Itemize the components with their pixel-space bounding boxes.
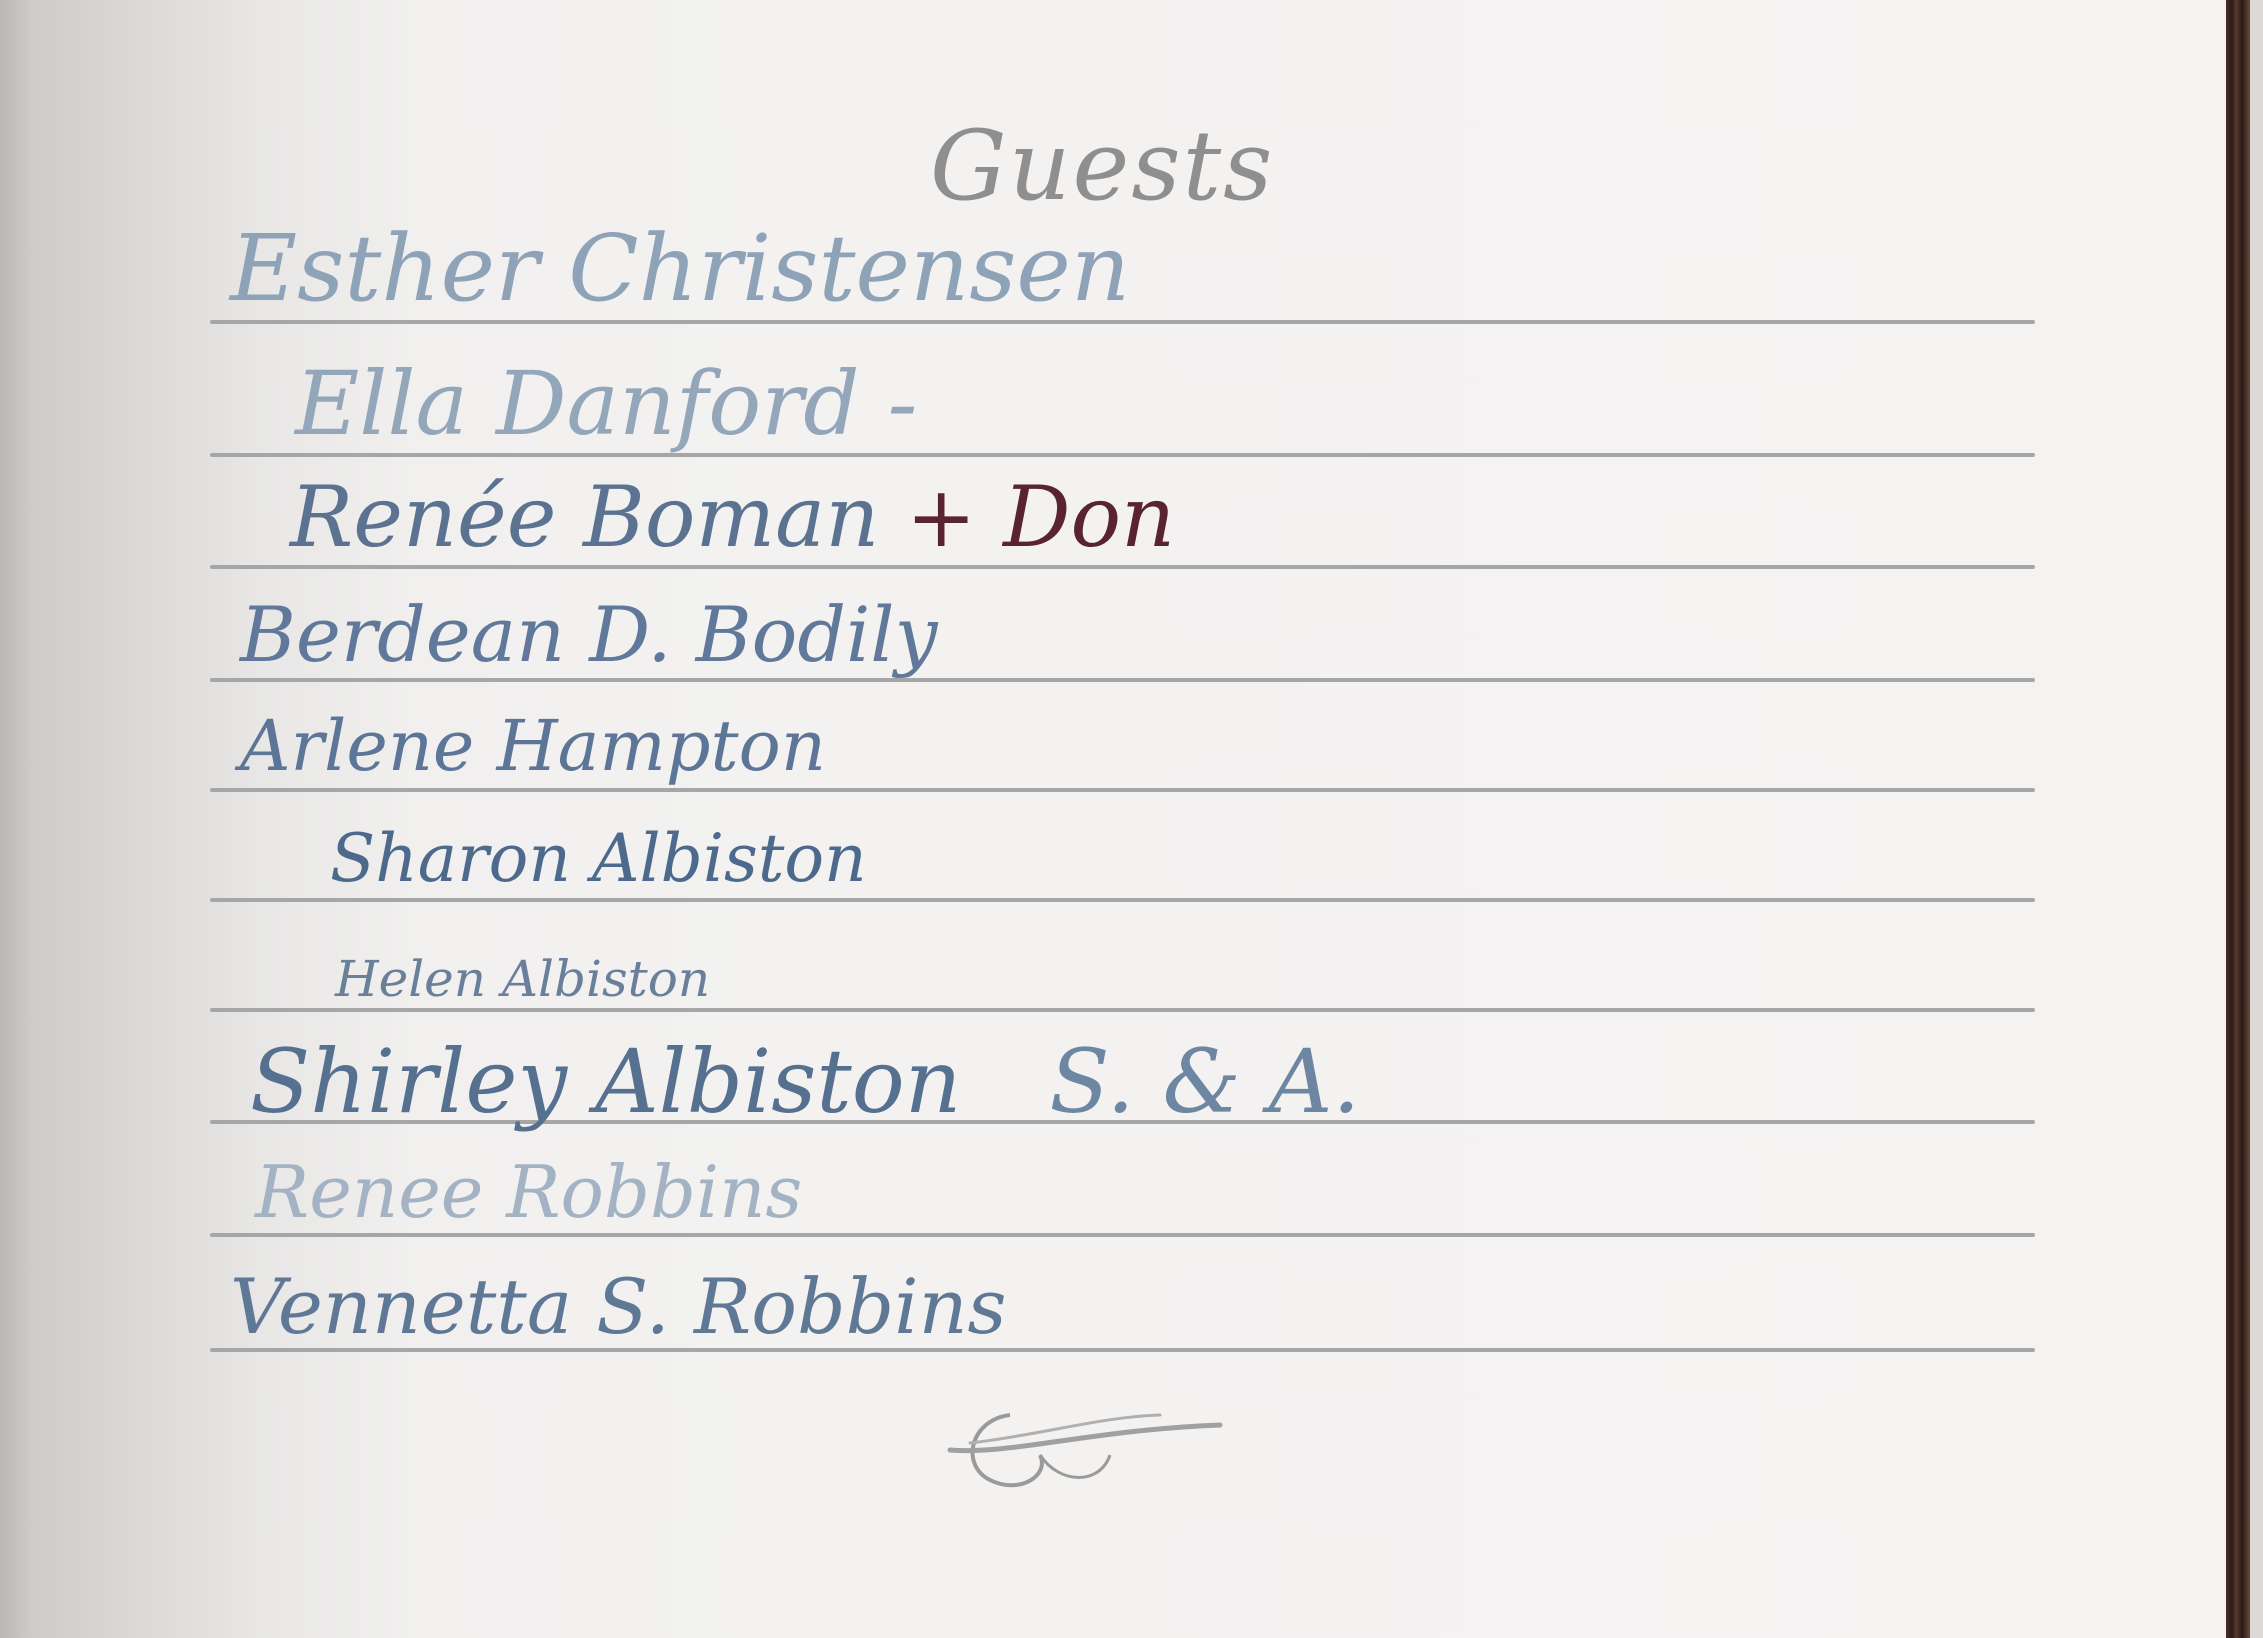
- guest-entry-5: Arlene Hampton: [240, 705, 826, 787]
- ruled-line: [210, 898, 2035, 902]
- guest-entry-1: Esther Christensen: [230, 215, 1130, 322]
- ruled-line: [210, 788, 2035, 792]
- guest-entry-2: Ella Danford -: [295, 352, 917, 455]
- flourish-ornament-icon: [930, 1395, 1250, 1505]
- guest-entry-7: Helen Albiston: [335, 950, 710, 1008]
- guest-entry-6: Sharon Albiston: [330, 820, 867, 897]
- guest-entry-9: Renee Robbins: [255, 1150, 802, 1234]
- ruled-line: [210, 1008, 2035, 1012]
- guest-book-page: Guests Esther Christensen Ella Danford -…: [0, 0, 2228, 1638]
- book-edge: [2226, 0, 2250, 1638]
- guest-entry-3-extra: + Don: [906, 468, 1175, 566]
- guest-entry-4: Berdean D. Bodily: [240, 590, 938, 679]
- book-cover-edge: [2250, 0, 2263, 1638]
- gutter-shadow: [0, 0, 30, 1638]
- guest-entry-8: Shirley Albiston S. & A.: [250, 1030, 1360, 1133]
- guest-entry-3: Renée Boman + Don: [290, 468, 1175, 566]
- guest-entry-8-extra: S. & A.: [1049, 1030, 1360, 1133]
- guest-entry-10: Vennetta S. Robbins: [230, 1262, 1007, 1351]
- guest-entry-8-name: Shirley Albiston: [250, 1030, 961, 1133]
- guest-entry-3-name: Renée Boman: [290, 468, 879, 566]
- page-title: Guests: [930, 110, 1274, 222]
